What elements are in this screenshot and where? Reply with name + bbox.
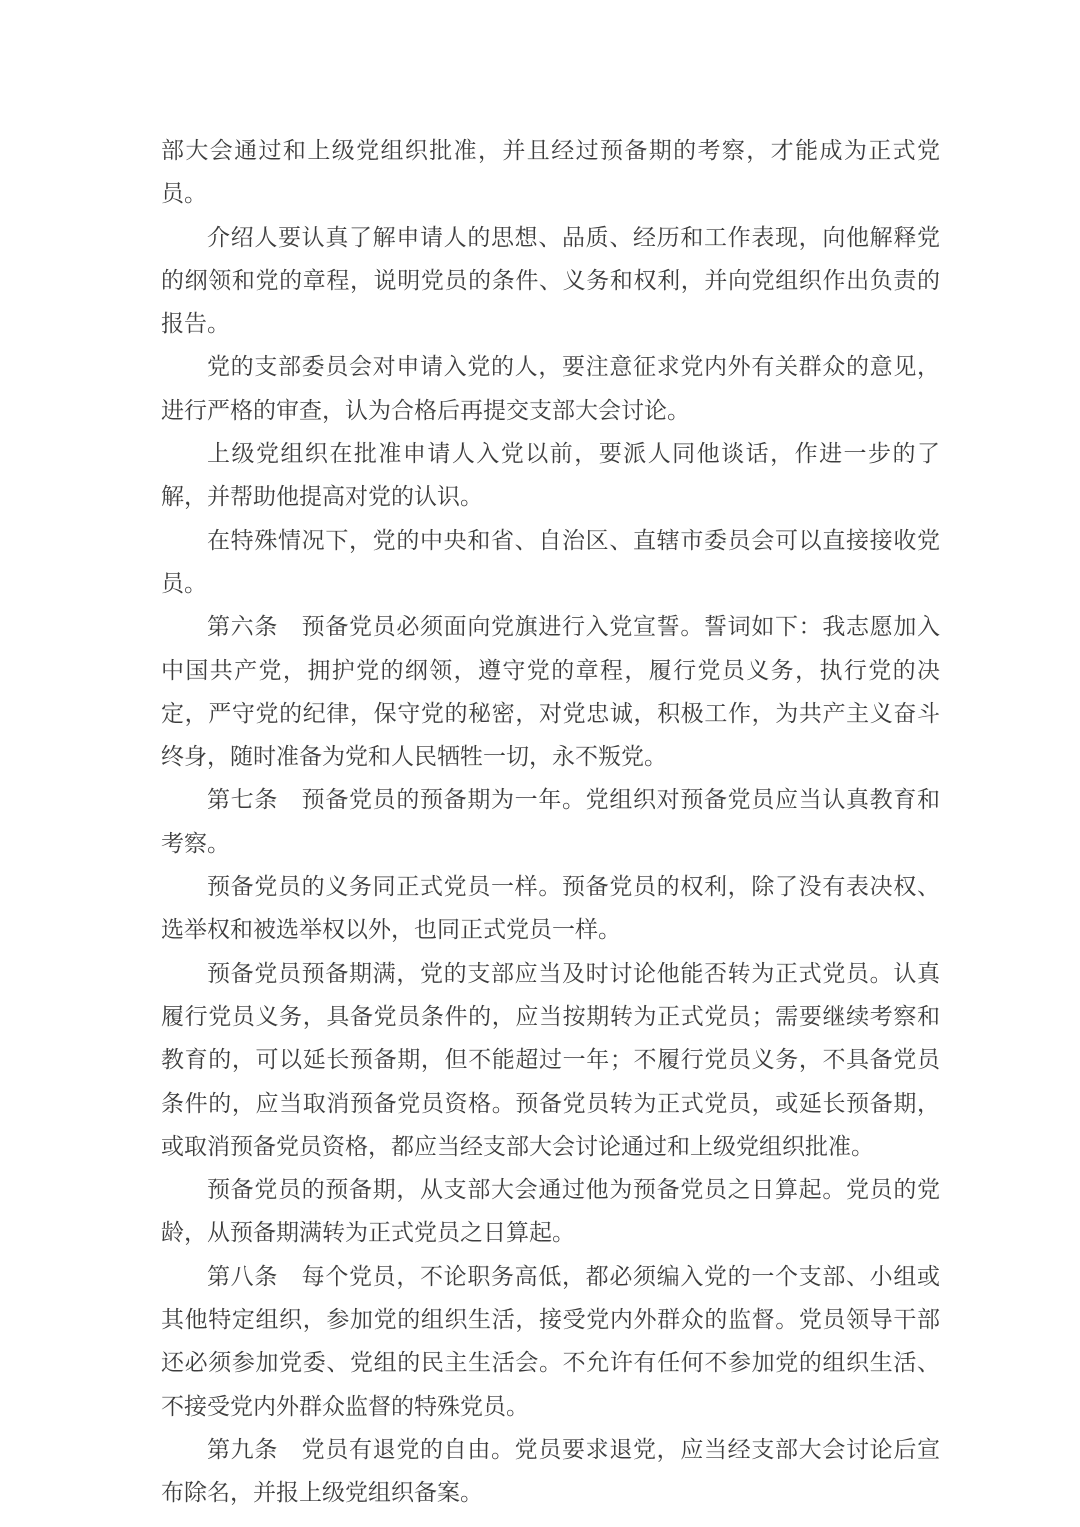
document-page: 部大会通过和上级党组织批准，并且经过预备期的考察，才能成为正式党员。 介绍人要认… [0, 0, 1080, 1527]
para-continuation-formal-membership: 部大会通过和上级党组织批准，并且经过预备期的考察，才能成为正式党员。 [161, 129, 940, 216]
para-probation-start-date: 预备党员的预备期，从支部大会通过他为预备党员之日算起。党员的党龄，从预备期满转为… [161, 1168, 940, 1255]
para-article-6-oath: 第六条 预备党员必须面向党旗进行入党宣誓。誓词如下：我志愿加入中国共产党，拥护党… [161, 605, 940, 778]
para-article-7-probation-period: 第七条 预备党员的预备期为一年。党组织对预备党员应当认真教育和考察。 [161, 778, 940, 865]
para-article-9-withdrawal: 第九条 党员有退党的自由。党员要求退党，应当经支部大会讨论后宣布除名，并报上级党… [161, 1428, 940, 1515]
para-branch-committee-review: 党的支部委员会对申请入党的人，要注意征求党内外有关群众的意见，进行严格的审查，认… [161, 345, 940, 432]
document-content: 部大会通过和上级党组织批准，并且经过预备期的考察，才能成为正式党员。 介绍人要认… [0, 0, 1080, 1515]
para-special-case-admission: 在特殊情况下，党的中央和省、自治区、直辖市委员会可以直接接收党员。 [161, 519, 940, 606]
para-probation-expiry-handling: 预备党员预备期满，党的支部应当及时讨论他能否转为正式党员。认真履行党员义务，具备… [161, 952, 940, 1168]
para-higher-org-interview: 上级党组织在批准申请人入党以前，要派人同他谈话，作进一步的了解，并帮助他提高对党… [161, 432, 940, 519]
para-probationary-rights: 预备党员的义务同正式党员一样。预备党员的权利，除了没有表决权、选举权和被选举权以… [161, 865, 940, 952]
para-article-8-organization-life: 第八条 每个党员，不论职务高低，都必须编入党的一个支部、小组或其他特定组织，参加… [161, 1255, 940, 1428]
para-introducer-responsibility: 介绍人要认真了解申请人的思想、品质、经历和工作表现，向他解释党的纲领和党的章程，… [161, 216, 940, 346]
